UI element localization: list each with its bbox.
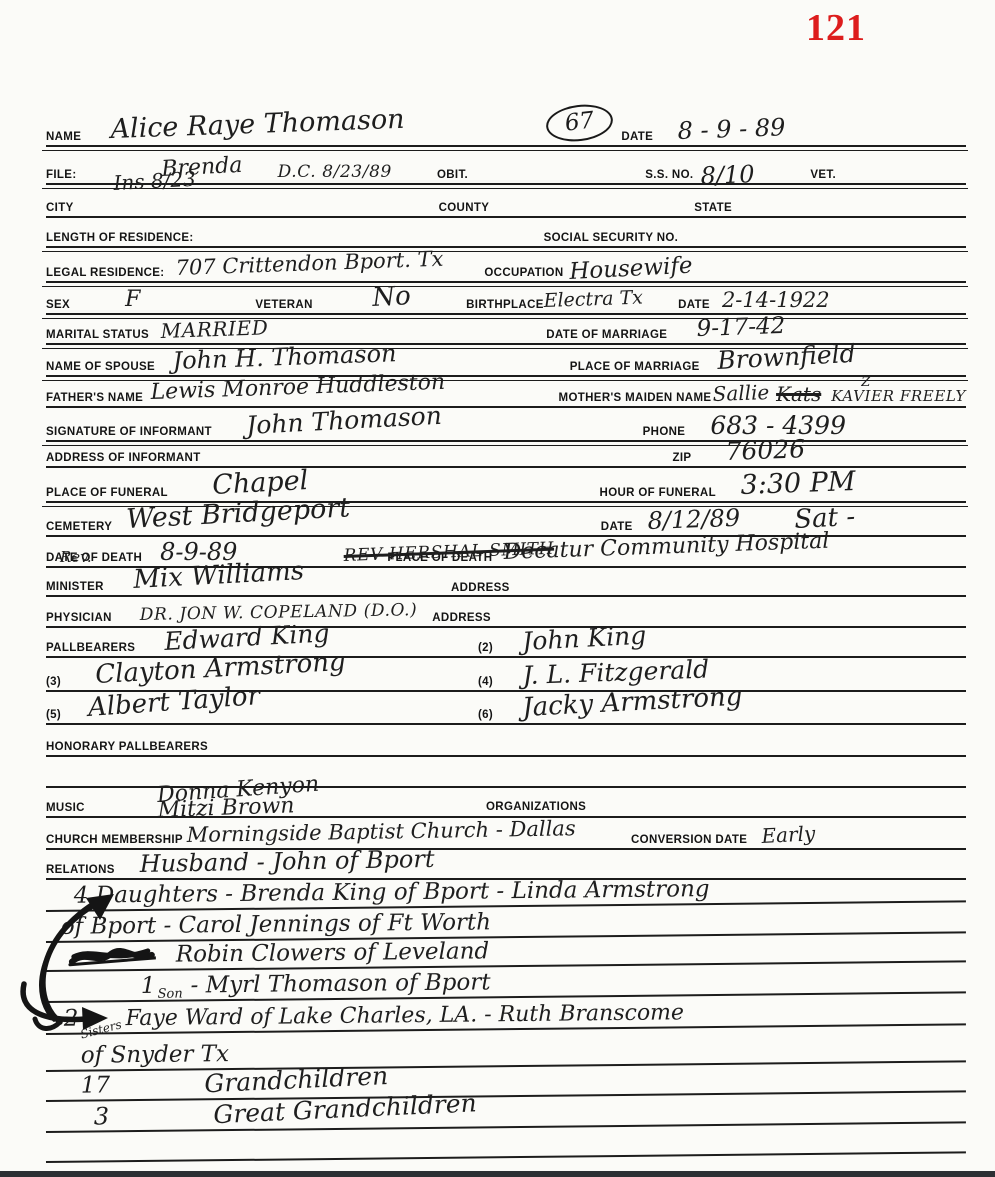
pallbearer-2-number: (2) [478,642,493,654]
relations-husband: Husband - John of Bport [139,847,434,876]
spouse-row: NAME OF SPOUSE John H. Thomason PLACE OF… [46,345,966,377]
name-row: NAME Alice Raye Thomason 67 DATE 8 - 9 -… [46,90,966,147]
phone-label: PHONE [643,426,686,438]
phone-field: PHONE 683 - 4399 [643,413,846,438]
margin-arrow-icon [2,872,152,1037]
social-security-label: SOCIAL SECURITY NO. [544,232,679,244]
page-number: 121 [806,6,866,50]
ssn-label: S.S. NO. [645,169,693,181]
ssn-field: S.S. NO. 8/10 VET. [645,157,836,181]
sex-row: SEX F VETERAN No BIRTHPLACE Electra Tx D… [46,283,966,315]
insert-mark: z [861,376,871,389]
hour-of-funeral-value: 3:30 PM [740,468,856,499]
birthplace-value: Electra Tx [543,289,643,311]
physician-row: PHYSICIAN Dr. Jon W. Copeland (D.O.) ADD… [46,597,966,628]
legal-residence-label: LEGAL RESIDENCE: [46,267,164,279]
place-of-marriage-label: PLACE OF MARRIAGE [570,361,700,373]
son-rest: - Myrl Thomason of Bport [190,971,490,997]
funeral-record-form: NAME Alice Raye Thomason 67 DATE 8 - 9 -… [46,90,966,1163]
spouse-value: John H. Thomason [172,341,397,373]
sisters-line-2-text: of Snyder Tx [81,1043,229,1068]
music-values: Donna Kenyon Mitzi Brown [158,785,320,822]
marital-status-label: MARITAL STATUS [46,329,149,341]
place-of-marriage-field: PLACE OF MARRIAGE Brownfield [570,348,856,373]
date-of-marriage-value: 9-17-42 [696,315,785,341]
pallbearer-6-number: (6) [478,709,493,721]
grandchildren-word: Grandchildren [204,1063,389,1096]
vet-label: VET. [810,169,836,181]
minister-row: Rev. MINISTER Mix Williams Rev Hershal S… [46,568,966,597]
birthplace-label: BIRTHPLACE [466,299,544,311]
zip-value: 76026 [726,436,806,464]
funeral-date-label: DATE [601,521,633,533]
legal-residence-row: LEGAL RESIDENCE: 707 Crittendon Bport. T… [46,248,966,283]
pallbearers-row-3: (5) Albert Taylor (6) Jacky Armstrong [46,692,966,725]
mother-caps-value: z Kavier Freely [831,389,966,404]
music-label: MUSIC [46,802,85,814]
church-membership-label: CHURCH MEMBERSHIP [46,834,183,846]
occupation-value: Housewife [568,255,692,284]
pallbearer-2: John King [522,623,647,654]
date-field: DATE 8 - 9 - 89 [621,119,786,143]
scanned-funeral-record-page: 121 NAME Alice Raye Thomason 67 DATE 8 -… [0,0,995,1177]
file-label: FILE: [46,169,77,181]
scan-edge-bar [0,1171,995,1177]
parents-row: FATHER'S NAME Lewis Monroe Huddleston MO… [46,377,966,408]
minister-rev-note: Rev. [60,550,92,565]
minister-value: Mix Williams [132,558,304,593]
legal-residence-value: 707 Crittendon Bport. Tx [176,249,444,279]
organizations-label: ORGANIZATIONS [486,801,586,813]
informant-signature-row: SIGNATURE OF INFORMANT John Thomason PHO… [46,408,966,442]
mother-label: MOTHER'S MAIDEN NAME [559,392,712,404]
informant-signature-value: John Thomason [246,403,443,438]
mother-caps-text: Kavier Freely [831,387,966,405]
sisters-rest: Faye Ward of Lake Charles, LA. - Ruth Br… [125,1002,684,1030]
honorary-pallbearers-row: HONORARY PALLBEARERS [46,725,966,757]
occupation-label: OCCUPATION [484,267,563,279]
date-label: DATE [621,131,653,143]
city-label: CITY [46,202,74,214]
pallbearer-3-number: (3) [46,676,61,688]
date-of-marriage-label: DATE OF MARRIAGE [546,329,667,341]
date-of-marriage-field: DATE OF MARRIAGE 9-17-42 [546,318,786,341]
place-of-funeral-row: PLACE OF FUNERAL Chapel HOUR OF FUNERAL … [46,468,966,503]
pallbearer-4: J. L. Fitzgerald [522,656,709,688]
name-label: NAME [46,131,81,143]
honorary-pallbearers-label: HONORARY PALLBEARERS [46,741,208,753]
hour-of-funeral-field: HOUR OF FUNERAL 3:30 PM [600,472,856,499]
pallbearer-4-number: (4) [478,676,493,688]
county-label: COUNTY [439,202,490,214]
son-word: Son [157,988,182,1001]
place-of-marriage-value: Brownfield [716,341,855,373]
conversion-date-field: CONVERSION DATE Early [631,826,816,846]
veteran-value: No [371,283,411,311]
obit-label: OBIT. [437,169,468,181]
father-label: FATHER'S NAME [46,392,143,404]
pallbearer-5-number: (5) [46,709,61,721]
music-row: MUSIC Donna Kenyon Mitzi Brown ORGANIZAT… [46,788,966,818]
mother-struck-value: Kats [776,384,821,404]
length-of-residence-label: LENGTH OF RESIDENCE: [46,232,194,244]
pallbearer-6-field: (6) Jacky Armstrong [478,695,743,721]
sex-value: F [125,289,140,311]
place-of-funeral-label: PLACE OF FUNERAL [46,487,168,499]
church-membership-value: Morningside Baptist Church - Dallas [187,818,576,846]
birth-date-value: 2-14-1922 [722,290,830,311]
cemetery-label: CEMETERY [46,521,112,533]
informant-address-row: ADDRESS OF INFORMANT ZIP 76026 [46,442,966,468]
informant-signature-label: SIGNATURE OF INFORMANT [46,426,212,438]
hour-of-funeral-label: HOUR OF FUNERAL [600,487,716,499]
daughter-line-3-text: Robin Clowers of Leveland [176,940,490,966]
grandchildren-count: 17 [81,1074,111,1097]
conversion-date-label: CONVERSION DATE [631,834,747,846]
name-value: Alice Raye Thomason [110,106,405,143]
ins-note: Ins 8/23 [113,169,196,193]
sex-label: SEX [46,299,70,311]
minister-address-label: ADDRESS [451,582,510,594]
physician-address-label: ADDRESS [432,612,491,624]
birth-date-label: DATE [678,299,710,311]
city-row: Ins 8/23 CITY COUNTY STATE [46,185,966,218]
date-value: 8 - 9 - 89 [677,115,786,143]
dc-date-value: D.C. 8/23/89 [278,164,392,181]
great-grandchildren-count: 3 [94,1104,110,1128]
pallbearers-label: PALLBEARERS [46,642,135,654]
mother-script-value: Sallie [713,382,770,404]
daughters-line-1-text: 4 Daughters - Brenda King of Bport - Lin… [74,878,710,908]
mother-field: MOTHER'S MAIDEN NAME Sallie Kats z Kavie… [559,384,966,404]
pallbearer-2-field: (2) John King [478,629,647,654]
funeral-date-value: 8/12/89 [647,506,740,533]
physician-label: PHYSICIAN [46,612,112,624]
father-value: Lewis Monroe Huddleston [150,372,445,404]
zip-label: ZIP [673,452,692,464]
state-label: STATE [694,202,732,214]
informant-address-label: ADDRESS OF INFORMANT [46,452,201,464]
residence-row: LENGTH OF RESIDENCE: SOCIAL SECURITY NO. [46,218,966,248]
marital-status-value: Married [160,317,268,341]
minister-label: MINISTER [46,581,104,593]
church-row: CHURCH MEMBERSHIP Morningside Baptist Ch… [46,818,966,850]
spouse-label: NAME OF SPOUSE [46,361,155,373]
circled-number: 67 [544,101,615,145]
zip-field: ZIP 76026 [673,439,806,464]
pallbearers-row-1: PALLBEARERS Edward King (2) John King [46,628,966,658]
veteran-label: VETERAN [255,299,312,311]
conversion-date-value: Early [761,823,816,846]
